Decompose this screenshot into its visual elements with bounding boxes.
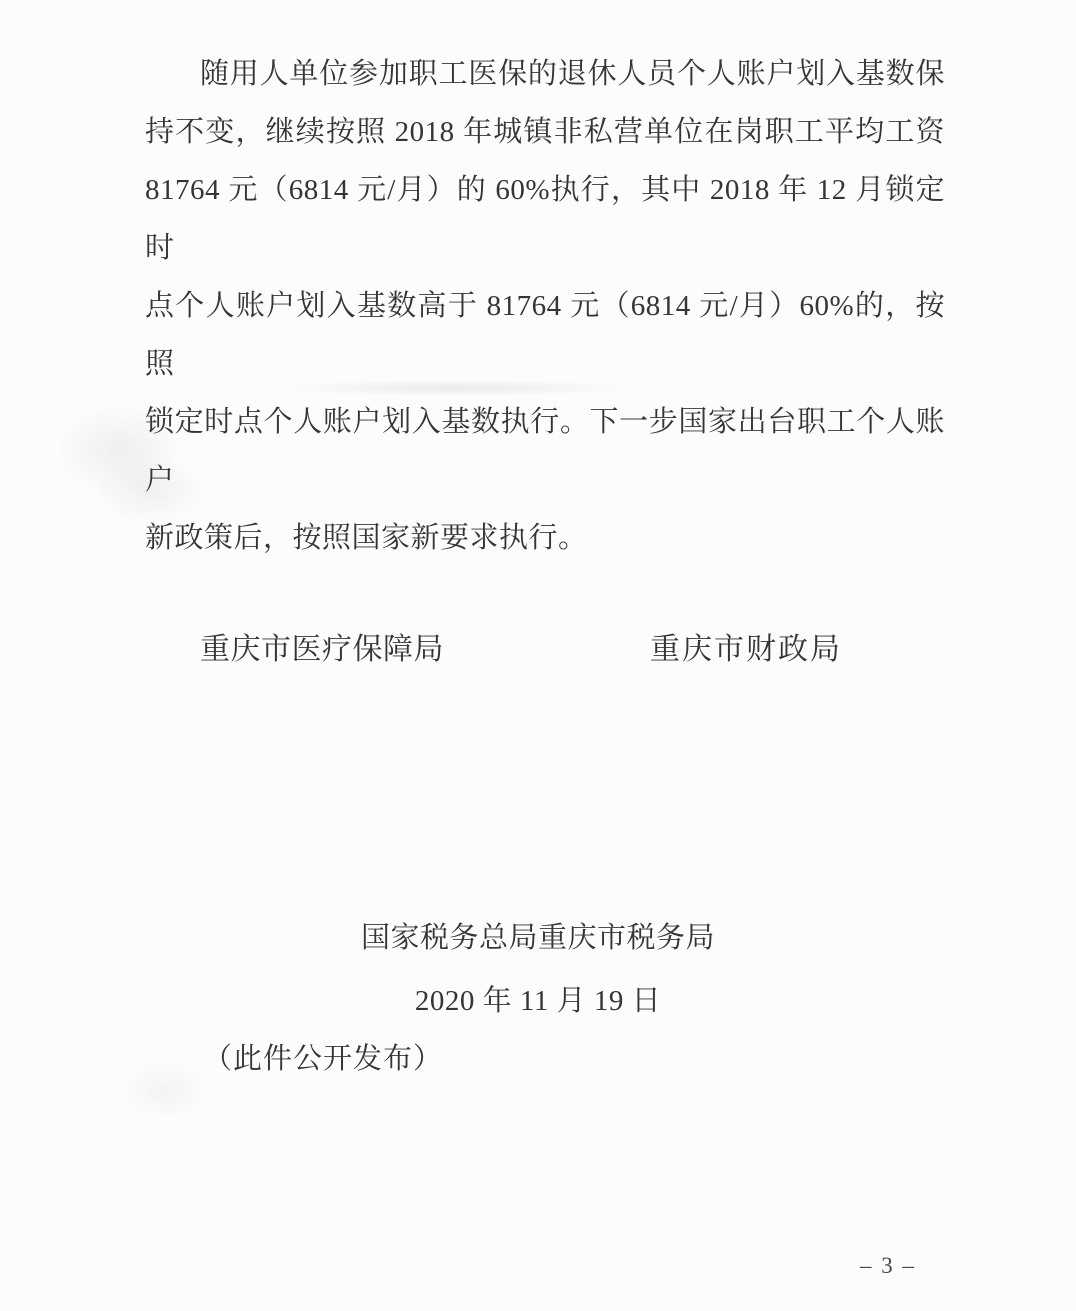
document-content: 随用人单位参加职工医保的退休人员个人账户划入基数保 持不变，继续按照 2018 … xyxy=(0,0,1076,1311)
body-paragraph: 随用人单位参加职工医保的退休人员个人账户划入基数保 持不变，继续按照 2018 … xyxy=(145,45,945,567)
page-number: – 3 – xyxy=(838,1252,938,1280)
paragraph-line: 锁定时点个人账户划入基数执行。下一步国家出台职工个人账户 xyxy=(145,393,945,509)
paragraph-line: 81764 元（6814 元/月）的 60%执行，其中 2018 年 12 月锁… xyxy=(145,161,945,277)
signature-left-agency: 重庆市医疗保障局 xyxy=(200,635,444,665)
paragraph-line: 随用人单位参加职工医保的退休人员个人账户划入基数保 xyxy=(145,45,945,103)
publish-note: （此件公开发布） xyxy=(203,1045,443,1074)
paragraph-line: 新政策后，按照国家新要求执行。 xyxy=(145,509,945,567)
paragraph-line: 持不变，继续按照 2018 年城镇非私营单位在岗职工平均工资 xyxy=(145,103,945,161)
signature-row: 重庆市医疗保障局 重庆市财政局 xyxy=(0,635,1076,669)
document-date: 2020 年 11 月 19 日 xyxy=(0,987,1076,1016)
scanned-document-page: 随用人单位参加职工医保的退休人员个人账户划入基数保 持不变，继续按照 2018 … xyxy=(0,0,1076,1311)
signature-right-agency: 重庆市财政局 xyxy=(650,635,842,665)
paragraph-line: 点个人账户划入基数高于 81764 元（6814 元/月）60%的，按照 xyxy=(145,277,945,393)
issuer-agency: 国家税务总局重庆市税务局 xyxy=(0,924,1076,953)
